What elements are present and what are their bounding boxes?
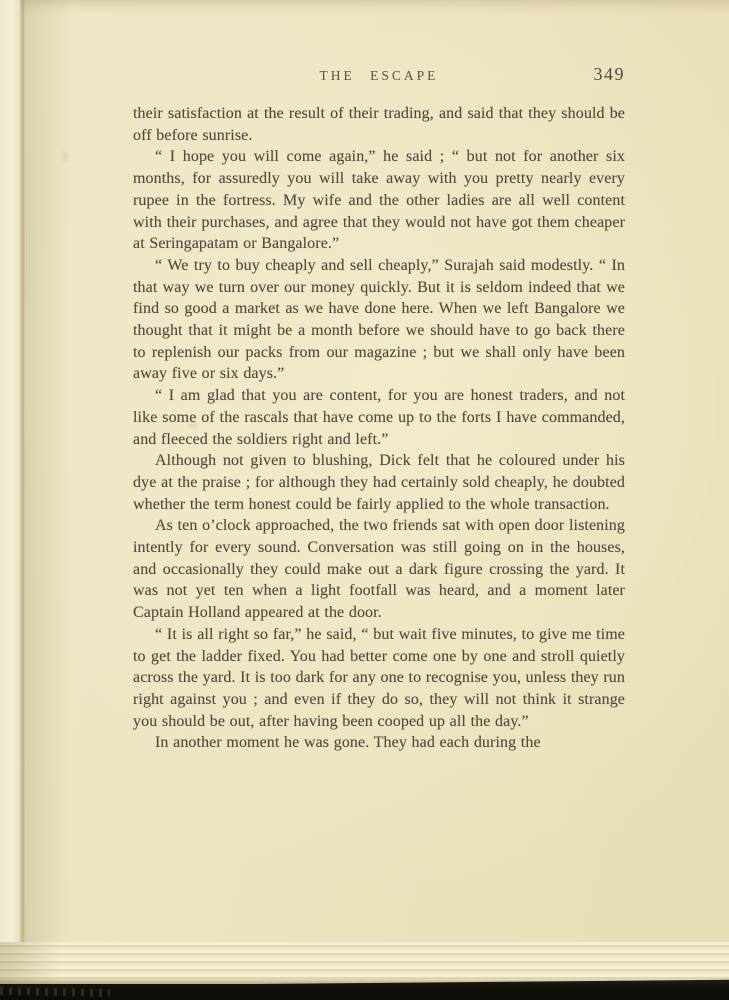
paragraph: Although not given to blushing, Dick fel…: [133, 450, 625, 515]
previous-page-edge: [0, 0, 21, 984]
page-edge-stack: [0, 942, 729, 984]
paragraph: In another moment he was gone. They had …: [133, 732, 625, 754]
paragraph: “ I am glad that you are content, for yo…: [133, 385, 625, 450]
page-top-curvature: [0, 0, 729, 16]
page-body: their satisfaction at the result of thei…: [133, 103, 625, 754]
chapter-running-title: THE ESCAPE: [133, 68, 625, 84]
paragraph: As ten o’clock approached, the two frien…: [133, 515, 625, 624]
running-head: THE ESCAPE 349: [133, 64, 625, 86]
paragraph: their satisfaction at the result of thei…: [133, 103, 625, 146]
book-photo: THE ESCAPE 349 their satisfaction at the…: [0, 0, 729, 1000]
paragraph: “ I hope you will come again,” he said ;…: [133, 146, 625, 255]
paragraph: “ We try to buy cheaply and sell cheaply…: [133, 255, 625, 385]
paper-blemish: [60, 148, 70, 164]
book-page: THE ESCAPE 349 their satisfaction at the…: [0, 0, 729, 984]
paragraph: “ It is all right so far,” he said, “ bu…: [133, 624, 625, 733]
page-number: 349: [594, 64, 626, 85]
